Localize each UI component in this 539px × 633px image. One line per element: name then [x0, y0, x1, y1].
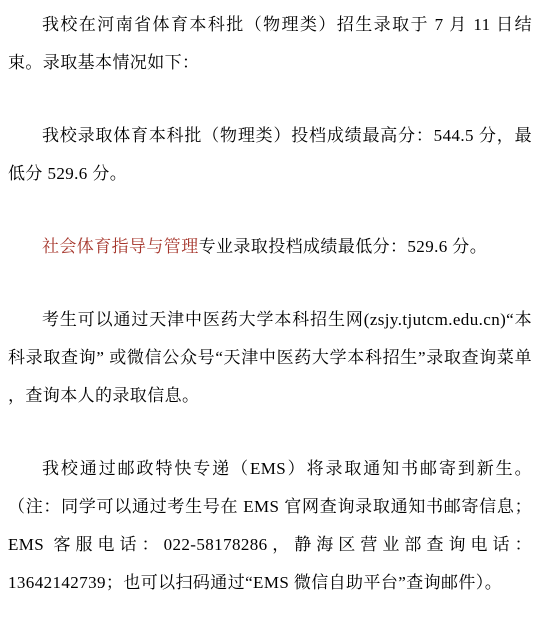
major-name-highlight: 社会体育指导与管理 [42, 237, 199, 256]
paragraph-query-info-text: 考生可以通过天津中医药大学本科招生网(zsjy.tjutcm.edu.cn)“本… [8, 310, 532, 405]
paragraph-admission-end-text: 我校在河南省体育本科批（物理类）招生录取于 7 月 11 日结束。录取基本情况如… [8, 15, 532, 72]
paragraph-admission-end: 我校在河南省体育本科批（物理类）招生录取于 7 月 11 日结束。录取基本情况如… [8, 6, 532, 82]
paragraph-ems-delivery-text: 我校通过邮政特快专递（EMS）将录取通知书邮寄到新生。（注：同学可以通过考生号在… [8, 459, 532, 592]
paragraph-major-min-score-text: 专业录取投档成绩最低分：529.6 分。 [199, 237, 488, 256]
paragraph-query-info: 考生可以通过天津中医药大学本科招生网(zsjy.tjutcm.edu.cn)“本… [8, 301, 532, 415]
paragraph-batch-scores: 我校录取体育本科批（物理类）投档成绩最高分：544.5 分，最低分 529.6 … [8, 117, 532, 193]
paragraph-batch-scores-text: 我校录取体育本科批（物理类）投档成绩最高分：544.5 分，最低分 529.6 … [8, 126, 532, 183]
paragraph-ems-delivery: 我校通过邮政特快专递（EMS）将录取通知书邮寄到新生。（注：同学可以通过考生号在… [8, 450, 532, 602]
paragraph-major-min-score: 社会体育指导与管理专业录取投档成绩最低分：529.6 分。 [8, 228, 532, 266]
admission-notice-document: 我校在河南省体育本科批（物理类）招生录取于 7 月 11 日结束。录取基本情况如… [0, 0, 539, 602]
